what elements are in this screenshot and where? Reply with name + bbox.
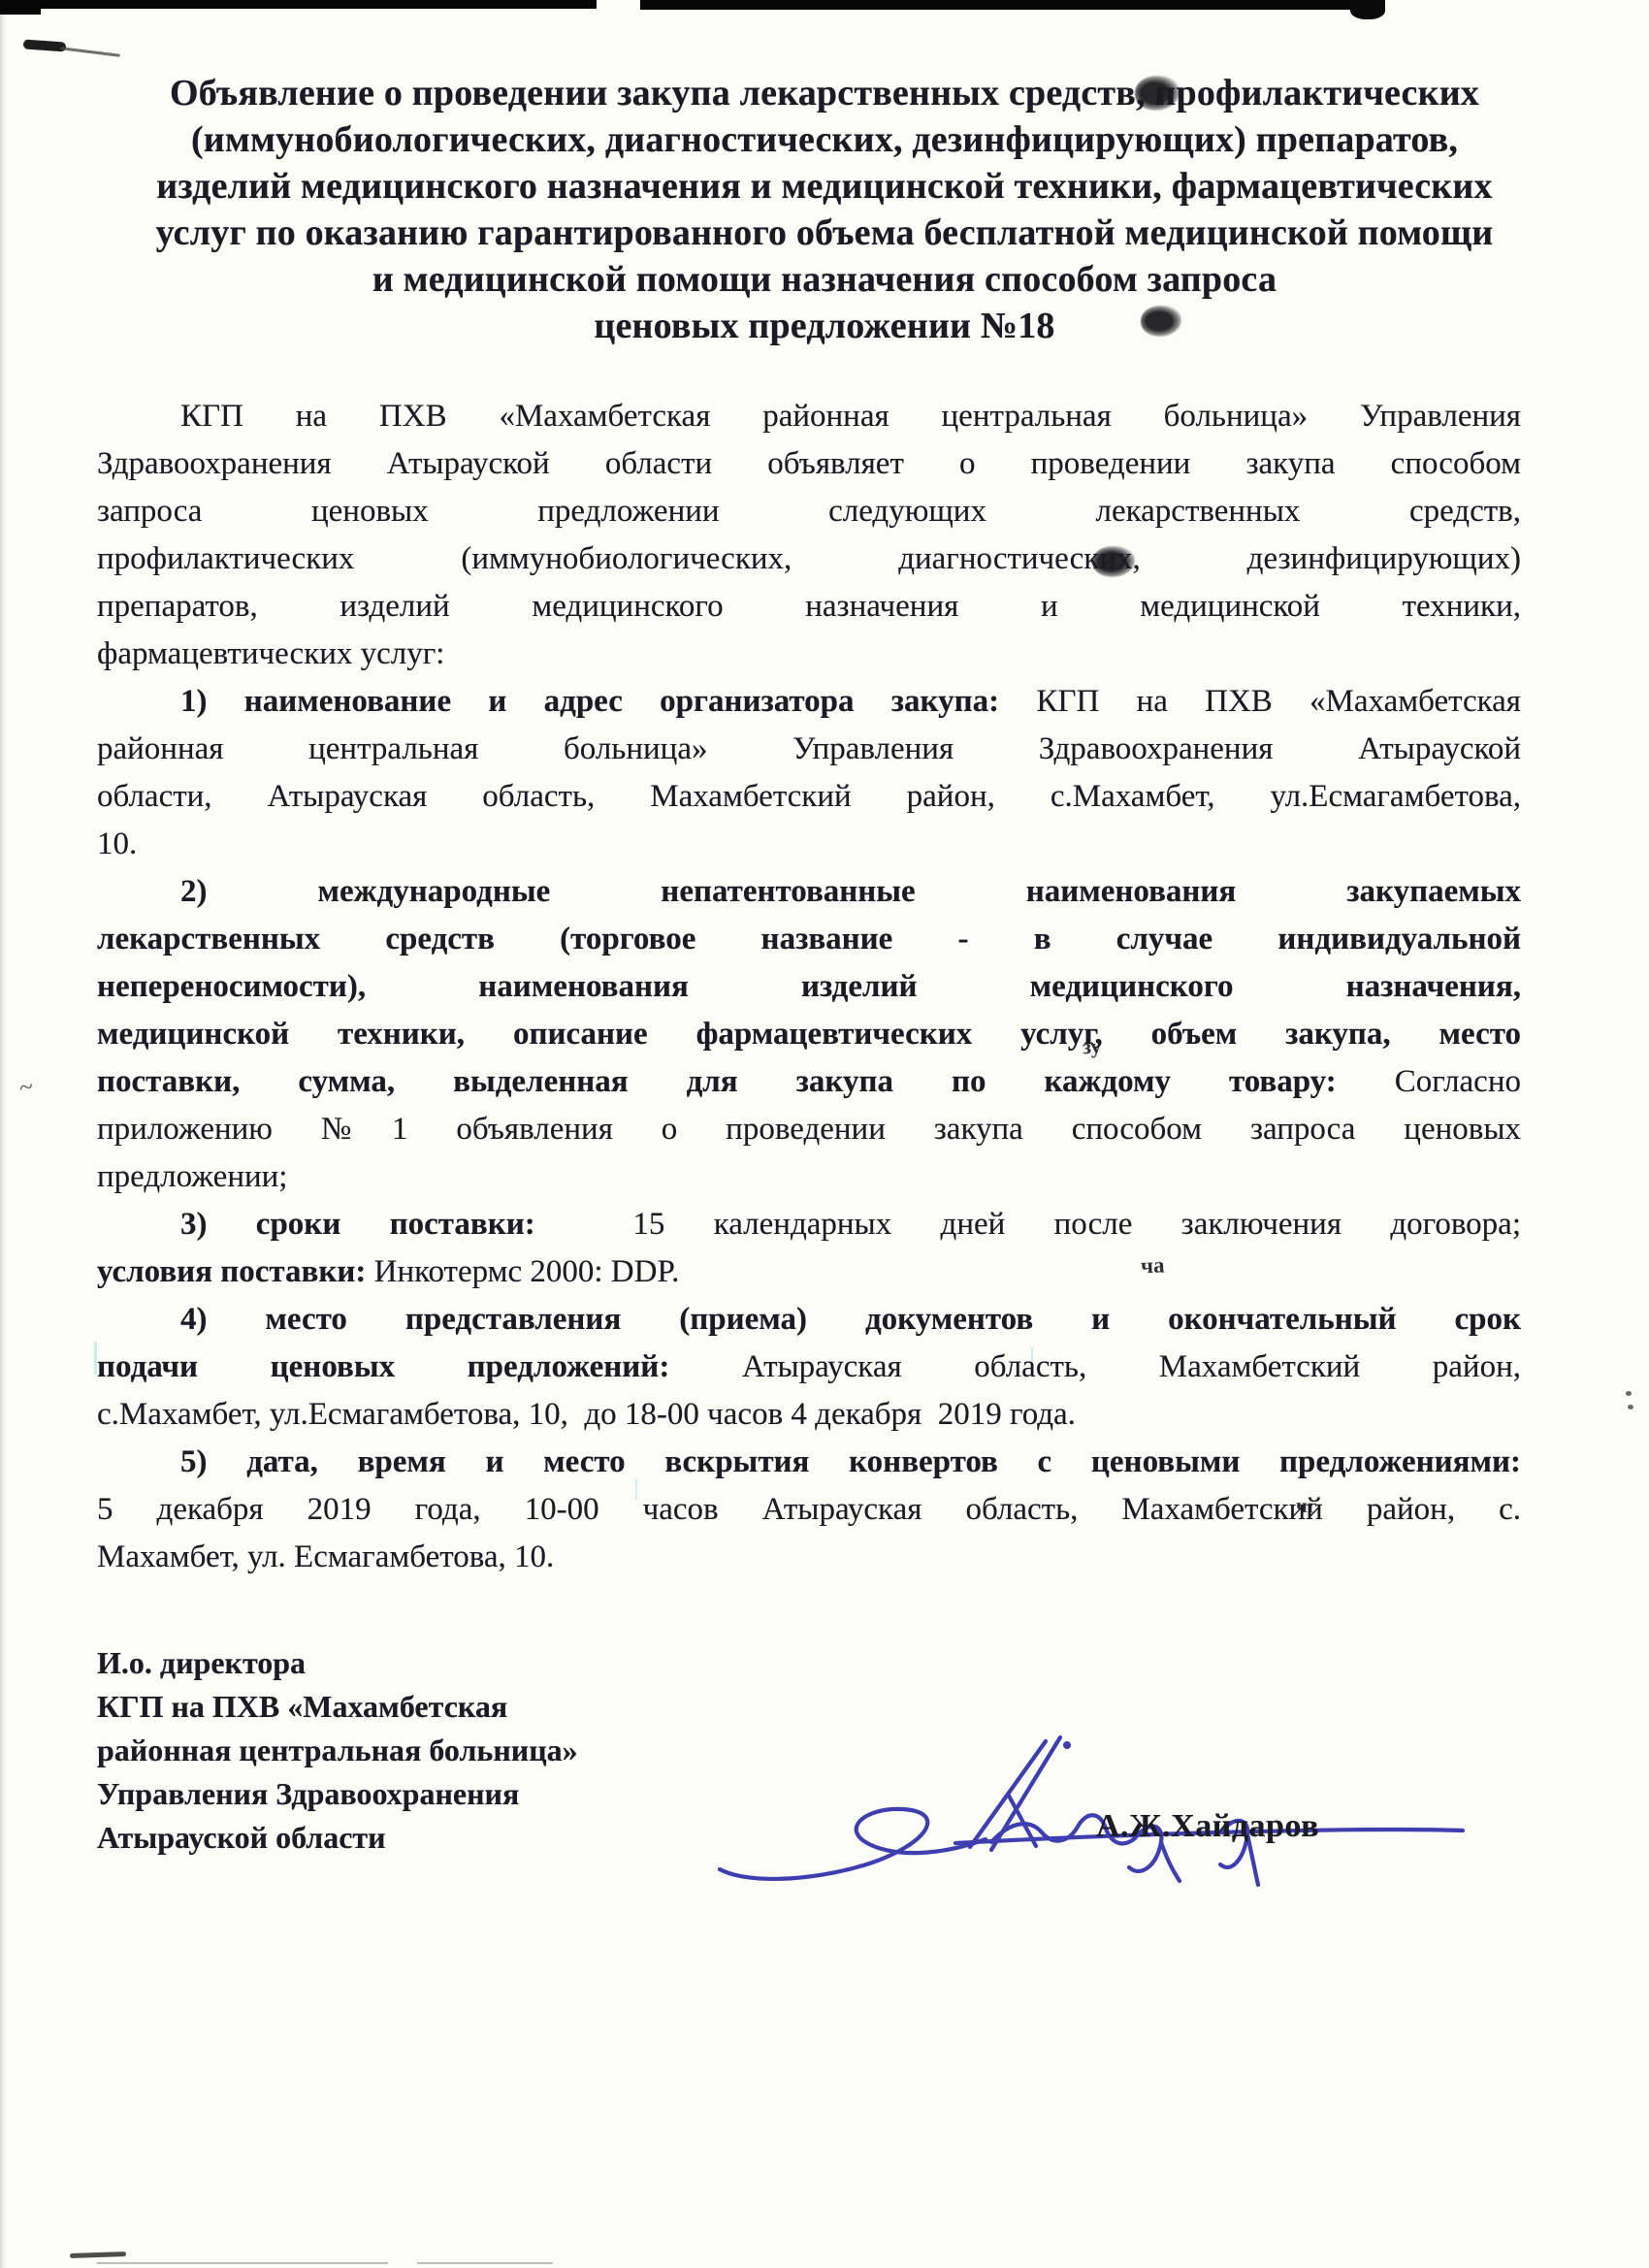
- margin-mark: ~: [17, 1072, 36, 1103]
- doc-text-bold: подачи ценовых предложений:: [97, 1349, 669, 1384]
- scanner-edge-bar: [0, 0, 597, 9]
- doc-line: 4) место представления (приема) документ…: [97, 1296, 1521, 1344]
- document-title: Объявление о проведении закупа лекарстве…: [97, 70, 1552, 349]
- signatory-line: Управления Здравоохранения: [97, 1772, 776, 1816]
- doc-text: фармацевтических услуг:: [97, 636, 444, 671]
- doc-text-bold: 4) место представления (приема) документ…: [180, 1302, 1521, 1337]
- doc-text-bold: 3) сроки поставки:: [180, 1207, 535, 1242]
- pen-dash-tail: [60, 47, 120, 57]
- title-line: ценовых предложении №18: [97, 303, 1552, 349]
- doc-line: поставки, сумма, выделенная для закупа п…: [97, 1058, 1521, 1106]
- scanner-edge-bar: [640, 0, 1375, 10]
- doc-line: фармацевтических услуг:: [97, 631, 1521, 678]
- document-body: КГП на ПХВ «Махамбетская районная центра…: [97, 393, 1521, 1581]
- doc-text-bold: условия поставки:: [97, 1254, 366, 1289]
- doc-text: 10.: [97, 826, 137, 861]
- doc-text: 5 декабря 2019 года, 10-00 часов Атыраус…: [97, 1492, 1521, 1527]
- doc-line: 1) наименование и адрес организатора зак…: [97, 678, 1521, 726]
- doc-text: КГП на ПХВ «Махамбетская: [999, 684, 1521, 719]
- doc-line: подачи ценовых предложений: Атырауская о…: [97, 1344, 1521, 1391]
- bottom-edge-mark: [70, 2252, 126, 2258]
- doc-text-bold: 5) дата, время и место вскрытия конверто…: [180, 1444, 1521, 1479]
- title-line: и медицинской помощи назначения способом…: [97, 256, 1552, 303]
- doc-line: 5 декабря 2019 года, 10-00 часов Атыраус…: [97, 1486, 1521, 1534]
- doc-line: 3) сроки поставки: 15 календарных дней п…: [97, 1201, 1521, 1248]
- doc-text: 15 календарных дней после заключения дог…: [535, 1207, 1521, 1242]
- scan-edge-shadow: [0, 0, 7, 2268]
- doc-text: приложению №1 объявления о проведении за…: [97, 1112, 1521, 1147]
- doc-line: препаратов, изделий медицинского назначе…: [97, 583, 1521, 631]
- doc-text: области, Атырауская область, Махамбетски…: [97, 779, 1521, 814]
- doc-text: КГП на ПХВ «Махамбетская районная центра…: [180, 399, 1521, 434]
- doc-line: Махамбет, ул. Есмагамбетова, 10.: [97, 1534, 1521, 1581]
- bottom-edge-line: [417, 2262, 553, 2264]
- doc-text: профилактических (иммунобиологических, д…: [97, 541, 1521, 576]
- doc-line: с.Махамбет, ул.Есмагамбетова, 10, до 18-…: [97, 1391, 1521, 1439]
- doc-text-bold: медицинской техники, описание фармацевти…: [97, 1017, 1521, 1052]
- title-line: (иммунобиологических, диагностических, д…: [97, 116, 1552, 163]
- doc-line: 2) международные непатентованные наимено…: [97, 868, 1521, 916]
- doc-line: КГП на ПХВ «Махамбетская районная центра…: [97, 393, 1521, 440]
- doc-text: районная центральная больница» Управлени…: [97, 731, 1521, 766]
- doc-line: медицинской техники, описание фармацевти…: [97, 1011, 1521, 1058]
- doc-text: с.Махамбет, ул.Есмагамбетова, 10, до 18-…: [97, 1397, 1076, 1432]
- doc-text: запроса ценовых предложении следующих ле…: [97, 494, 1521, 529]
- title-line: изделий медицинского назначения и медици…: [97, 163, 1552, 210]
- doc-line: 10.: [97, 821, 1521, 868]
- doc-text: Атырауская область, Махамбетский район,: [669, 1349, 1521, 1384]
- signature-ink: [679, 1722, 1484, 1906]
- signatory-line: Атырауской области: [97, 1816, 776, 1860]
- doc-text: Согласно: [1337, 1064, 1521, 1099]
- signatory-name: А.Ж.Хайдаров: [1096, 1808, 1319, 1845]
- doc-line: профилактических (иммунобиологических, д…: [97, 535, 1521, 583]
- signatory-line: И.о. директора: [97, 1641, 776, 1685]
- signatory-block: И.о. директораКГП на ПХВ «Махамбетскаяра…: [97, 1641, 776, 1860]
- doc-text-bold: непереносимости), наименования изделий м…: [97, 969, 1521, 1004]
- scanner-edge-blob: [1350, 0, 1385, 19]
- doc-line: приложению №1 объявления о проведении за…: [97, 1106, 1521, 1153]
- margin-dots: [1626, 1391, 1635, 1412]
- doc-text: предложении;: [97, 1159, 287, 1194]
- doc-text-bold: лекарственных средств (торговое название…: [97, 922, 1521, 956]
- doc-line: запроса ценовых предложении следующих ле…: [97, 488, 1521, 535]
- doc-text: Здравоохранения Атырауской области объяв…: [97, 446, 1521, 481]
- doc-line: области, Атырауская область, Махамбетски…: [97, 773, 1521, 821]
- doc-line: Здравоохранения Атырауской области объяв…: [97, 440, 1521, 488]
- doc-text: Инкотермс 2000: DDP.: [366, 1254, 679, 1289]
- title-line: услуг по оказанию гарантированного объем…: [97, 210, 1552, 256]
- doc-line: непереносимости), наименования изделий м…: [97, 963, 1521, 1011]
- doc-line: районная центральная больница» Управлени…: [97, 726, 1521, 773]
- doc-text-bold: 2) международные непатентованные наимено…: [180, 874, 1521, 909]
- title-line: Объявление о проведении закупа лекарстве…: [97, 70, 1552, 116]
- doc-line: предложении;: [97, 1153, 1521, 1201]
- doc-line: лекарственных средств (торговое название…: [97, 916, 1521, 963]
- signatory-line: районная центральная больница»: [97, 1729, 776, 1772]
- doc-line: 5) дата, время и место вскрытия конверто…: [97, 1439, 1521, 1486]
- pen-dash-mark: [23, 39, 67, 51]
- doc-text-bold: 1) наименование и адрес организатора зак…: [180, 684, 999, 719]
- document-page: зу ча чг ~ Объявление о проведении закуп…: [0, 0, 1649, 2268]
- doc-text: препаратов, изделий медицинского назначе…: [97, 589, 1521, 624]
- doc-line: условия поставки: Инкотермс 2000: DDP.: [97, 1248, 1521, 1296]
- doc-text-bold: поставки, сумма, выделенная для закупа п…: [97, 1064, 1337, 1099]
- bottom-edge-line: [97, 2262, 388, 2264]
- signatory-line: КГП на ПХВ «Махамбетская: [97, 1685, 776, 1729]
- doc-text: Махамбет, ул. Есмагамбетова, 10.: [97, 1539, 554, 1574]
- scanner-edge-corner: [0, 0, 41, 15]
